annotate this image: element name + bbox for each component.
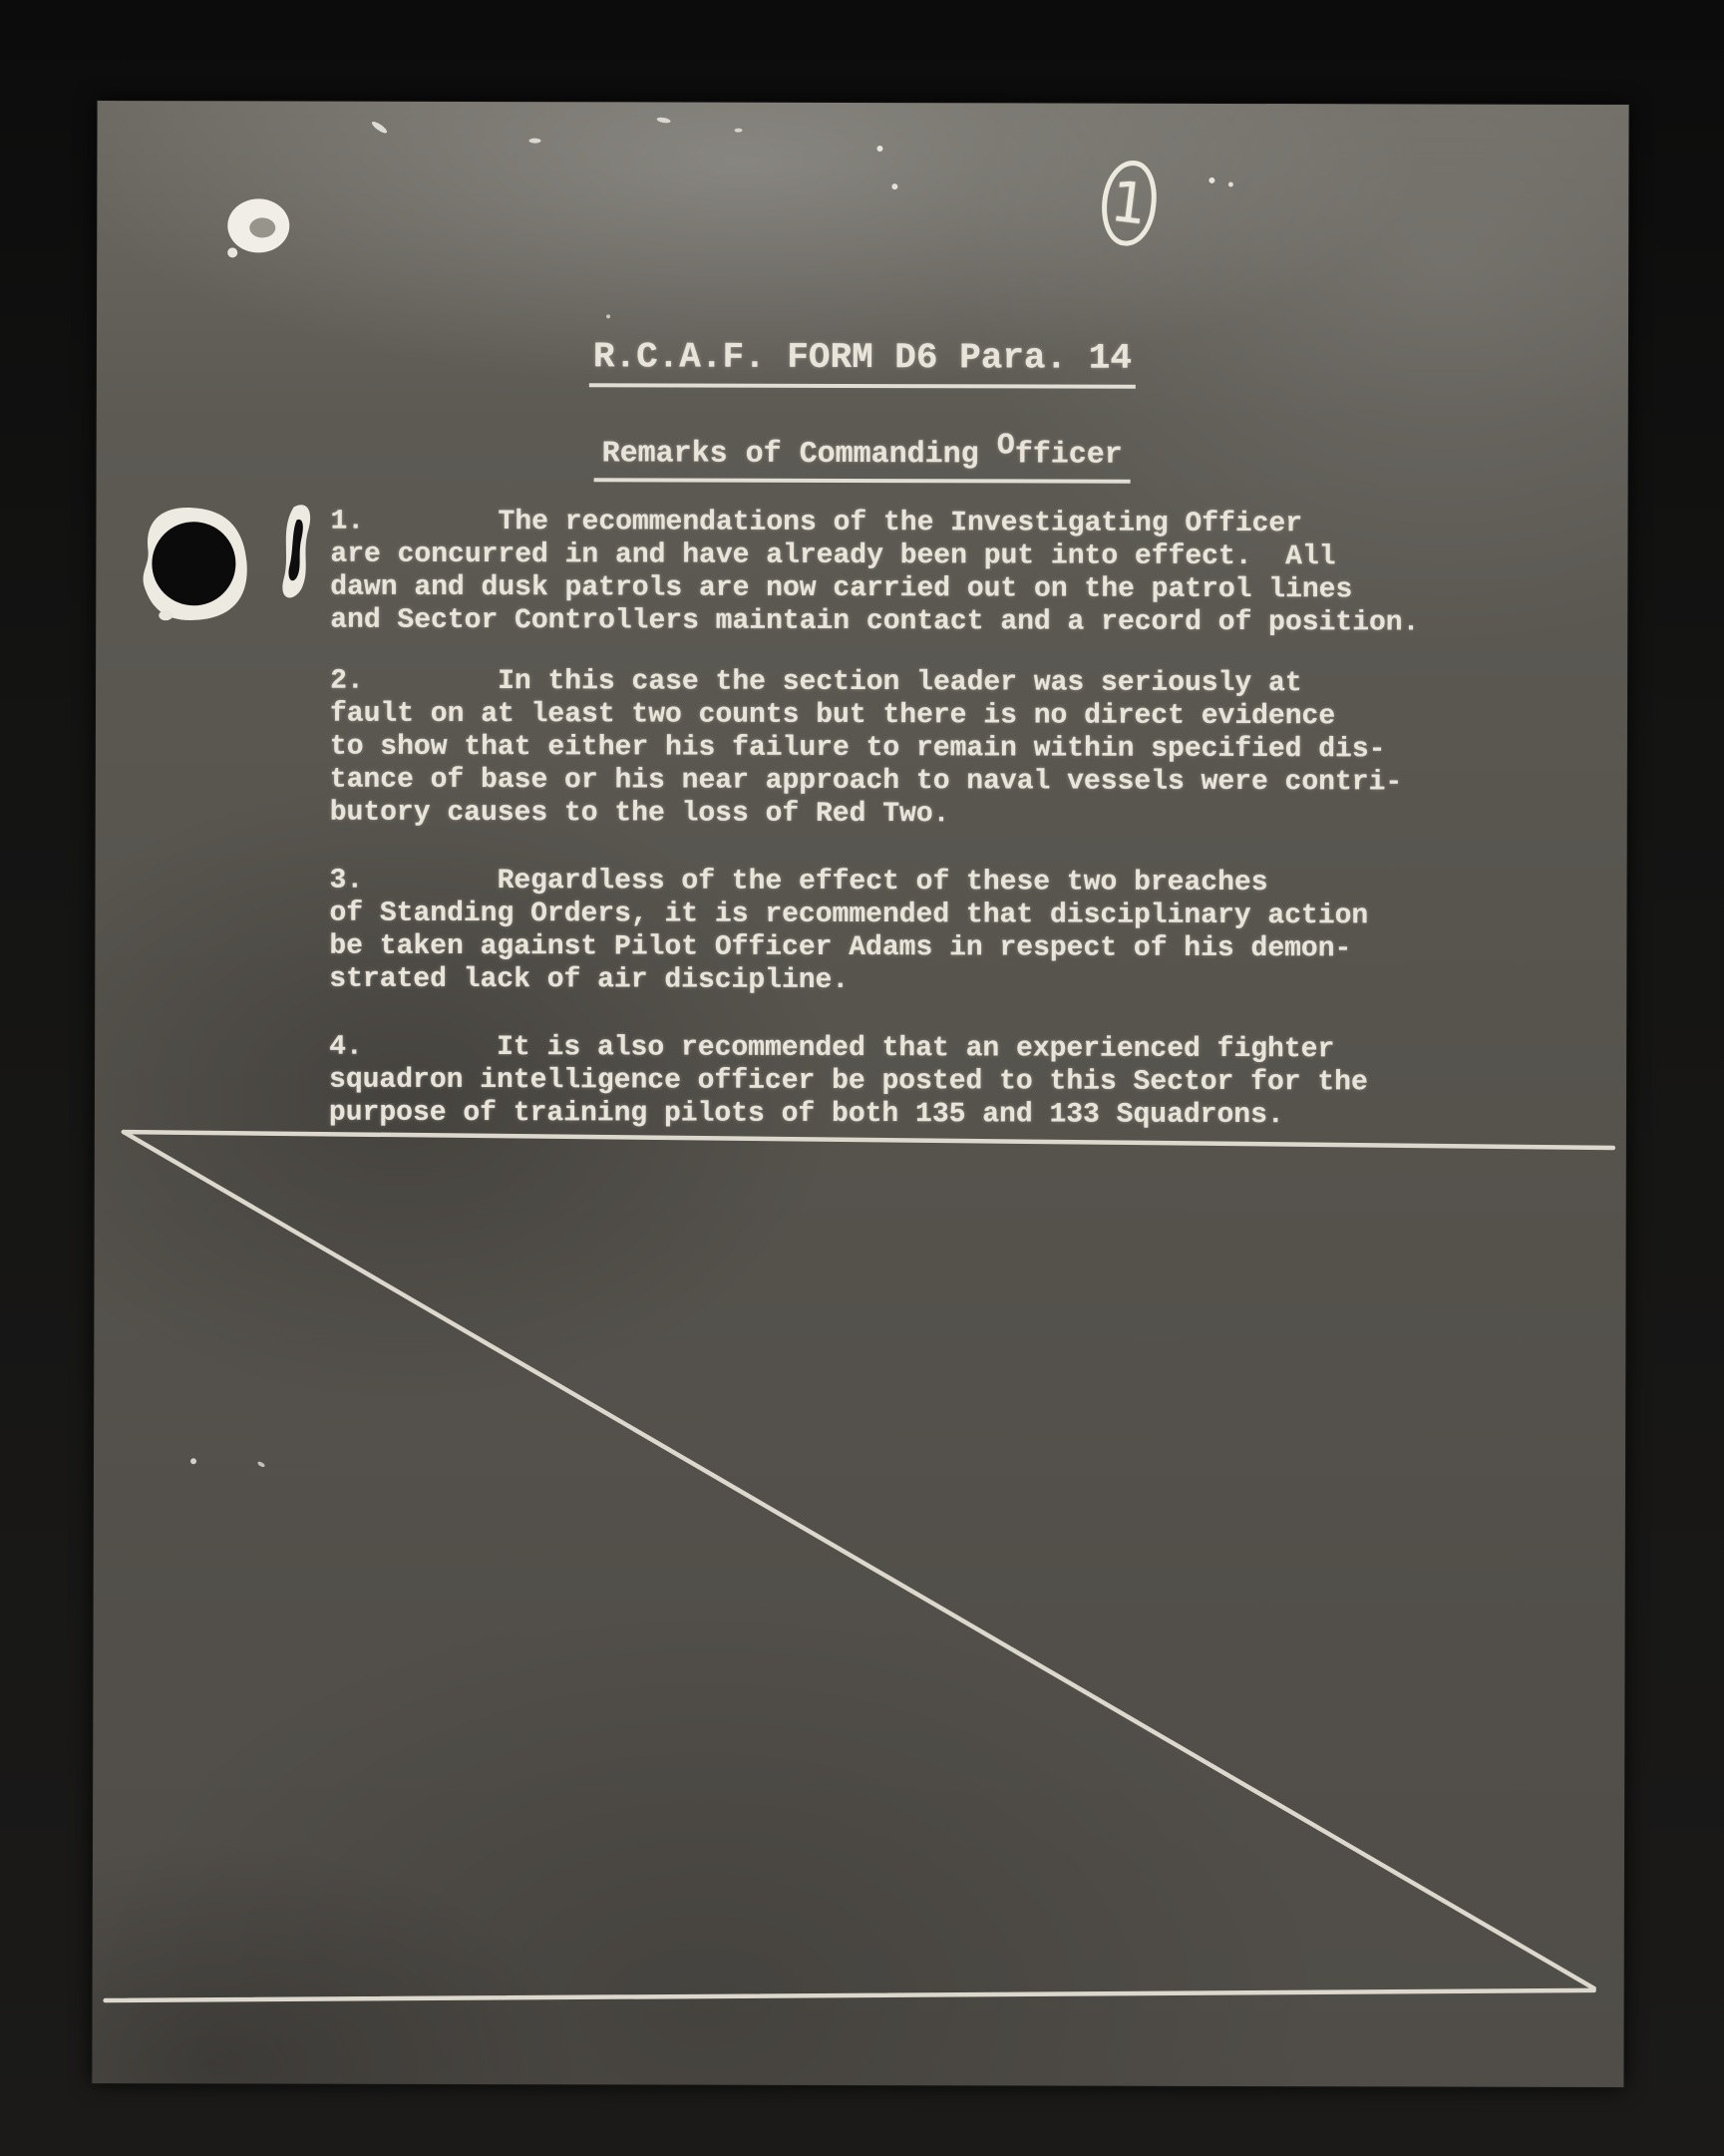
page-marks (92, 101, 1628, 2087)
edge-scuff (528, 139, 540, 144)
dust-speck (606, 314, 610, 318)
document-page: 1 R.C.A.F. FORM D6 Para. 14 Remarks of C… (92, 101, 1628, 2087)
dust-speck (1228, 181, 1233, 186)
strikeout-top-rule (124, 1132, 1613, 1148)
strikeout-bottom-rule (106, 1986, 1594, 2004)
paper-blotch-center (249, 217, 275, 237)
dust-speck (257, 1461, 266, 1468)
dust-speck (1208, 178, 1214, 183)
dust-speck (876, 146, 882, 152)
strikeout-diagonal-rule (122, 1132, 1596, 1988)
edge-scuff (735, 129, 743, 133)
dust-speck (891, 183, 897, 189)
edge-scuff (370, 120, 388, 135)
dust-speck (190, 1458, 196, 1464)
punch-hole (152, 522, 235, 605)
paper-blotch-fleck (227, 247, 237, 257)
punch-hole-paper-chad (159, 610, 172, 620)
edge-scuff (656, 117, 671, 124)
